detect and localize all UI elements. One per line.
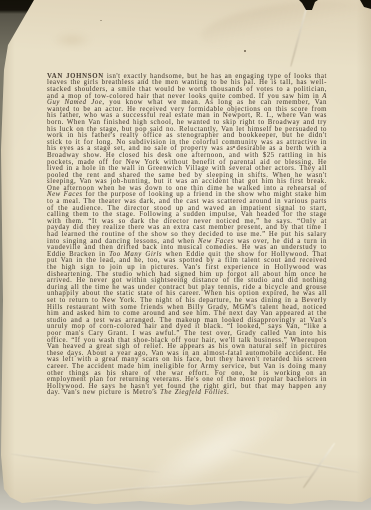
body-text: .: [227, 389, 229, 396]
ink-speck-1: [244, 50, 246, 52]
wrinkle-bottom-4: [30, 486, 150, 501]
crease-top-right-band: [198, 0, 371, 58]
article-text: VAN JOHNSON isn't exactly handsome, but …: [47, 74, 327, 397]
ink-speck-3: [100, 20, 102, 21]
document-scan: VAN JOHNSON isn't exactly handsome, but …: [0, 0, 371, 510]
stain-top-left: [52, 32, 92, 48]
crease-top-right-line: [290, 0, 311, 67]
wrinkle-bottom-1: [10, 453, 159, 473]
wrinkle-bottom-2: [120, 475, 310, 490]
wrinkle-bottom-3: [231, 449, 359, 474]
paper-sheet: VAN JOHNSON isn't exactly handsome, but …: [0, 0, 371, 510]
body-text: when Eddie quit the show for Hollywood. …: [47, 251, 327, 396]
crease-bottom-right: [302, 442, 335, 488]
body-text: , you know what we mean. As long as he c…: [47, 99, 327, 192]
watermark-smudge: [121, 381, 310, 510]
movie-title-text: The Ziegfeld Follies: [160, 389, 227, 396]
